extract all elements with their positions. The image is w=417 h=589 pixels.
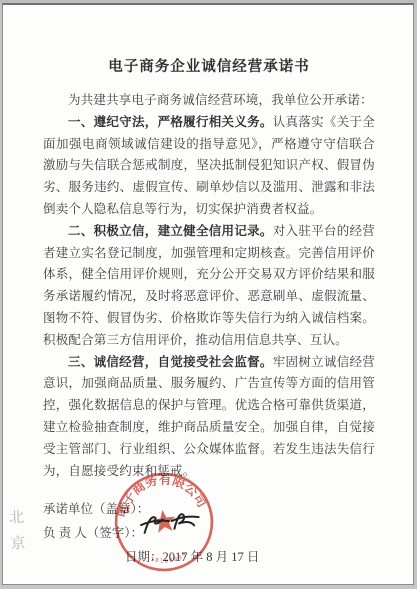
scanned-document: 电子商务企业诚信经营承诺书 为共建共享电子商务诚信经营环境，我单位公开承诺： 一…	[0, 0, 417, 589]
unit-seal-label: 承诺单位（盖章）：	[43, 497, 375, 521]
paragraph-1: 一、遵纪守法，严格履行相关义务。认真落实《关于全面加强电商领域诚信建设的指导意见…	[43, 112, 375, 221]
date-line: 日期：2017 年 8 月 17 日	[125, 545, 375, 569]
paragraph-1-heading: 一、遵纪守法，严格履行相关义务。	[68, 115, 273, 129]
responsible-person-label: 负 责 人（签字）：	[43, 521, 375, 545]
paragraph-2-text: 对入驻平台的经营者建立实名登记制度，加强管理和定期核查。完善信用评价体系，健全信…	[43, 224, 375, 347]
signature-block: 承诺单位（盖章）： 负 责 人（签字）： 日期：2017 年 8 月 17 日	[43, 497, 375, 569]
paragraph-3-heading: 三、诚信经营，自觉接受社会监督。	[68, 355, 273, 369]
pencil-margin-note: 北京	[6, 508, 30, 561]
document-content: 电子商务企业诚信经营承诺书 为共建共享电子商务诚信经营环境，我单位公开承诺： 一…	[43, 55, 375, 569]
document-page: 电子商务企业诚信经营承诺书 为共建共享电子商务诚信经营环境，我单位公开承诺： 一…	[2, 3, 414, 585]
opening-paragraph: 为共建共享电子商务诚信经营环境，我单位公开承诺：	[43, 90, 375, 112]
paragraph-1-text: 认真落实《关于全面加强电商领域诚信建设的指导意见》，严格遵守守信联合激励与失信联…	[43, 115, 375, 216]
paragraph-2: 二、积极立信，建立健全信用记录。对入驻平台的经营者建立实名登记制度，加强管理和定…	[43, 221, 375, 352]
paragraph-3-text: 牢固树立诚信经营意识，加强商品质量、服务履约、广告宣传等方面的信用管控，强化数据…	[43, 355, 375, 478]
paragraph-3: 三、诚信经营，自觉接受社会监督。牢固树立诚信经营意识，加强商品质量、服务履约、广…	[43, 352, 375, 483]
document-title: 电子商务企业诚信经营承诺书	[43, 55, 375, 76]
opening-paragraph-text: 为共建共享电子商务诚信经营环境，我单位公开承诺：	[68, 93, 373, 107]
paragraph-2-heading: 二、积极立信，建立健全信用记录。	[68, 224, 273, 238]
